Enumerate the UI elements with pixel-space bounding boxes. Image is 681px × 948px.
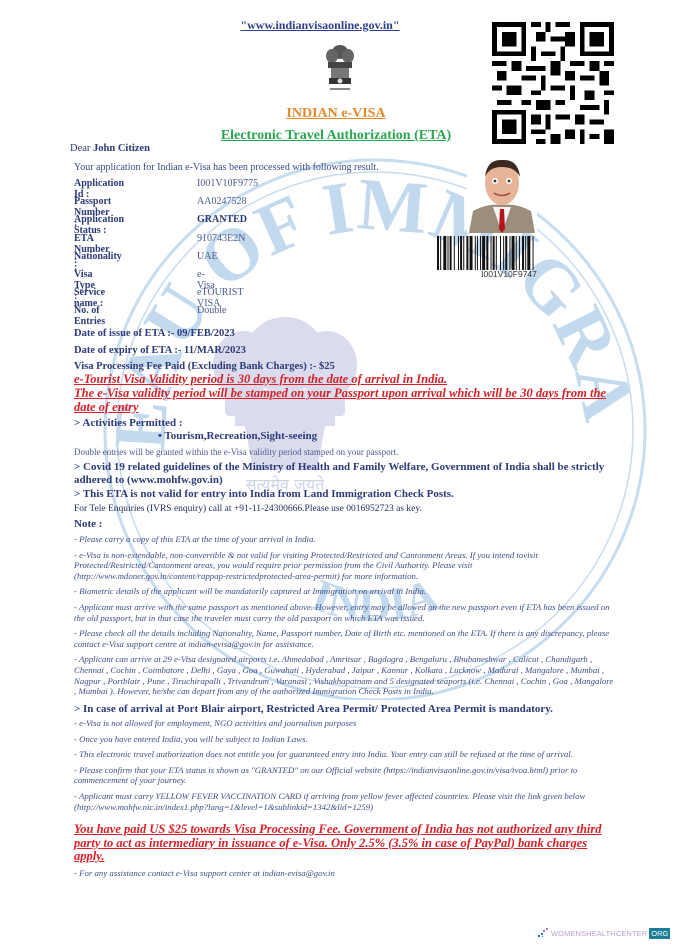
greeting-prefix: Dear — [70, 143, 93, 154]
entries-note: Double entries will be granted within th… — [74, 447, 398, 457]
brand-watermark: WOMENSHEALTHCENTER ORG — [537, 926, 670, 940]
qr-code-icon — [492, 22, 614, 144]
field-value: Double — [197, 305, 226, 316]
document-subtitle: Electronic Travel Authorization (ETA) — [0, 128, 672, 144]
expiry-date: Date of expiry of ETA :- 11/MAR/2023 — [74, 343, 335, 360]
field-value: AA0247528 — [197, 196, 246, 207]
greeting: Dear John Citizen — [70, 143, 150, 154]
port-blair-note: > In case of arrival at Port Blair airpo… — [74, 703, 614, 716]
field-value: UAE — [197, 251, 218, 262]
fee-warning: You have paid US $25 towards Visa Proces… — [74, 823, 619, 864]
validity-warning: e-Tourist Visa Validity period is 30 day… — [74, 372, 624, 414]
e-visa-document: BUREAU OF IMMIGRATION INDIA सत्यमेव जयते… — [0, 0, 681, 948]
applicant-photo — [467, 153, 537, 233]
note-item: - This electronic travel authorization d… — [74, 749, 614, 760]
covid-guidelines: > Covid 19 related guidelines of the Min… — [74, 461, 614, 486]
intro-text: Your application for Indian e-Visa has b… — [74, 162, 379, 173]
note-item: - e-Visa is not allowed for employment, … — [74, 718, 614, 729]
note-item: - Please carry a copy of this ETA at the… — [74, 534, 614, 545]
status-badge: GRANTED — [197, 214, 247, 225]
note-item: - e-Visa is non-extendable, non-converti… — [74, 550, 614, 582]
note-item: - Please confirm that your ETA status is… — [74, 765, 614, 786]
barcode-number: I001V10F9747 — [437, 269, 581, 279]
document-title: INDIAN e-VISA — [0, 106, 672, 122]
notes-list-a: - Please carry a copy of this ETA at the… — [74, 534, 614, 702]
note-item: - Applicant can arrive at 29 e-Visa desi… — [74, 654, 614, 696]
brand-tld: ORG — [649, 928, 670, 939]
land-ports-note: > This ETA is not valid for entry into I… — [74, 488, 614, 501]
note-item: - Biometric details of the applicant wil… — [74, 586, 614, 597]
note-item: - Applicant must carry YELLOW FEVER VACC… — [74, 791, 614, 812]
brand-name: WOMENSHEALTHCENTER — [551, 929, 647, 938]
eta-dates: Date of issue of ETA :- 09/FEB/2023 Date… — [74, 326, 335, 376]
issue-date: Date of issue of ETA :- 09/FEB/2023 — [74, 326, 335, 343]
field-value: I001V10F9775 — [197, 178, 258, 189]
note-item: - Applicant must arrive with the same pa… — [74, 602, 614, 623]
field-value: 910743E2N — [197, 233, 245, 244]
validity-line-2: The e-Visa validity period will be stamp… — [74, 386, 624, 414]
support-contact: - For any assistance contact e-Visa supp… — [74, 868, 335, 878]
applicant-name: John Citizen — [93, 143, 150, 154]
notes-list-b: - e-Visa is not allowed for employment, … — [74, 718, 614, 817]
note-item: - Please check all the details including… — [74, 628, 614, 649]
brand-dots-icon — [537, 927, 551, 939]
note-item: - Once you have entered India, you will … — [74, 734, 614, 745]
validity-line-1: e-Tourist Visa Validity period is 30 day… — [74, 372, 624, 386]
tele-enquiry: For Tele Enquiries (IVRS enquiry) call a… — [74, 504, 422, 514]
activities-heading: > Activities Permitted : — [74, 417, 183, 429]
note-heading: Note : — [74, 518, 102, 530]
national-emblem-icon — [320, 42, 360, 94]
barcode-icon — [437, 236, 581, 270]
activities-item: • Tourism,Recreation,Sight-seeing — [158, 430, 317, 442]
